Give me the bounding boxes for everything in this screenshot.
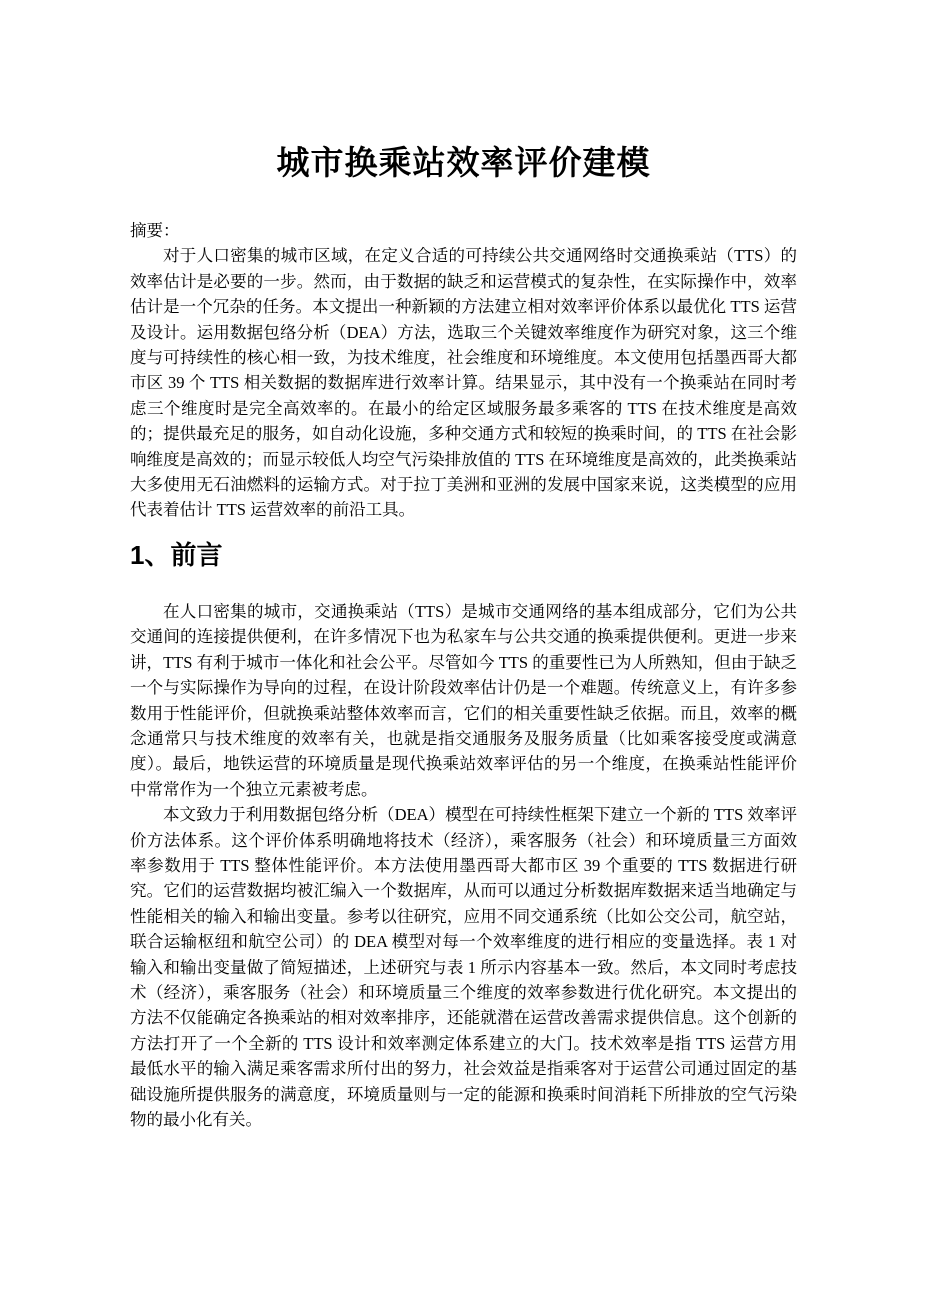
paper-title: 城市换乘站效率评价建模 xyxy=(130,142,797,186)
introduction-paragraph-1: 在人口密集的城市，交通换乘站（TTS）是城市交通网络的基本组成部分，它们为公共交… xyxy=(130,599,797,802)
document-page: 城市换乘站效率评价建模 摘要： 对于人口密集的城市区域，在定义合适的可持续公共交… xyxy=(0,0,926,1309)
section-heading-introduction: 1、前言 xyxy=(130,537,797,573)
abstract-label: 摘要： xyxy=(130,218,797,243)
introduction-paragraph-2: 本文致力于利用数据包络分析（DEA）模型在可持续性框架下建立一个新的 TTS 效… xyxy=(130,802,797,1132)
abstract-paragraph: 对于人口密集的城市区域，在定义合适的可持续公共交通网络时交通换乘站（TTS）的效… xyxy=(130,243,797,522)
